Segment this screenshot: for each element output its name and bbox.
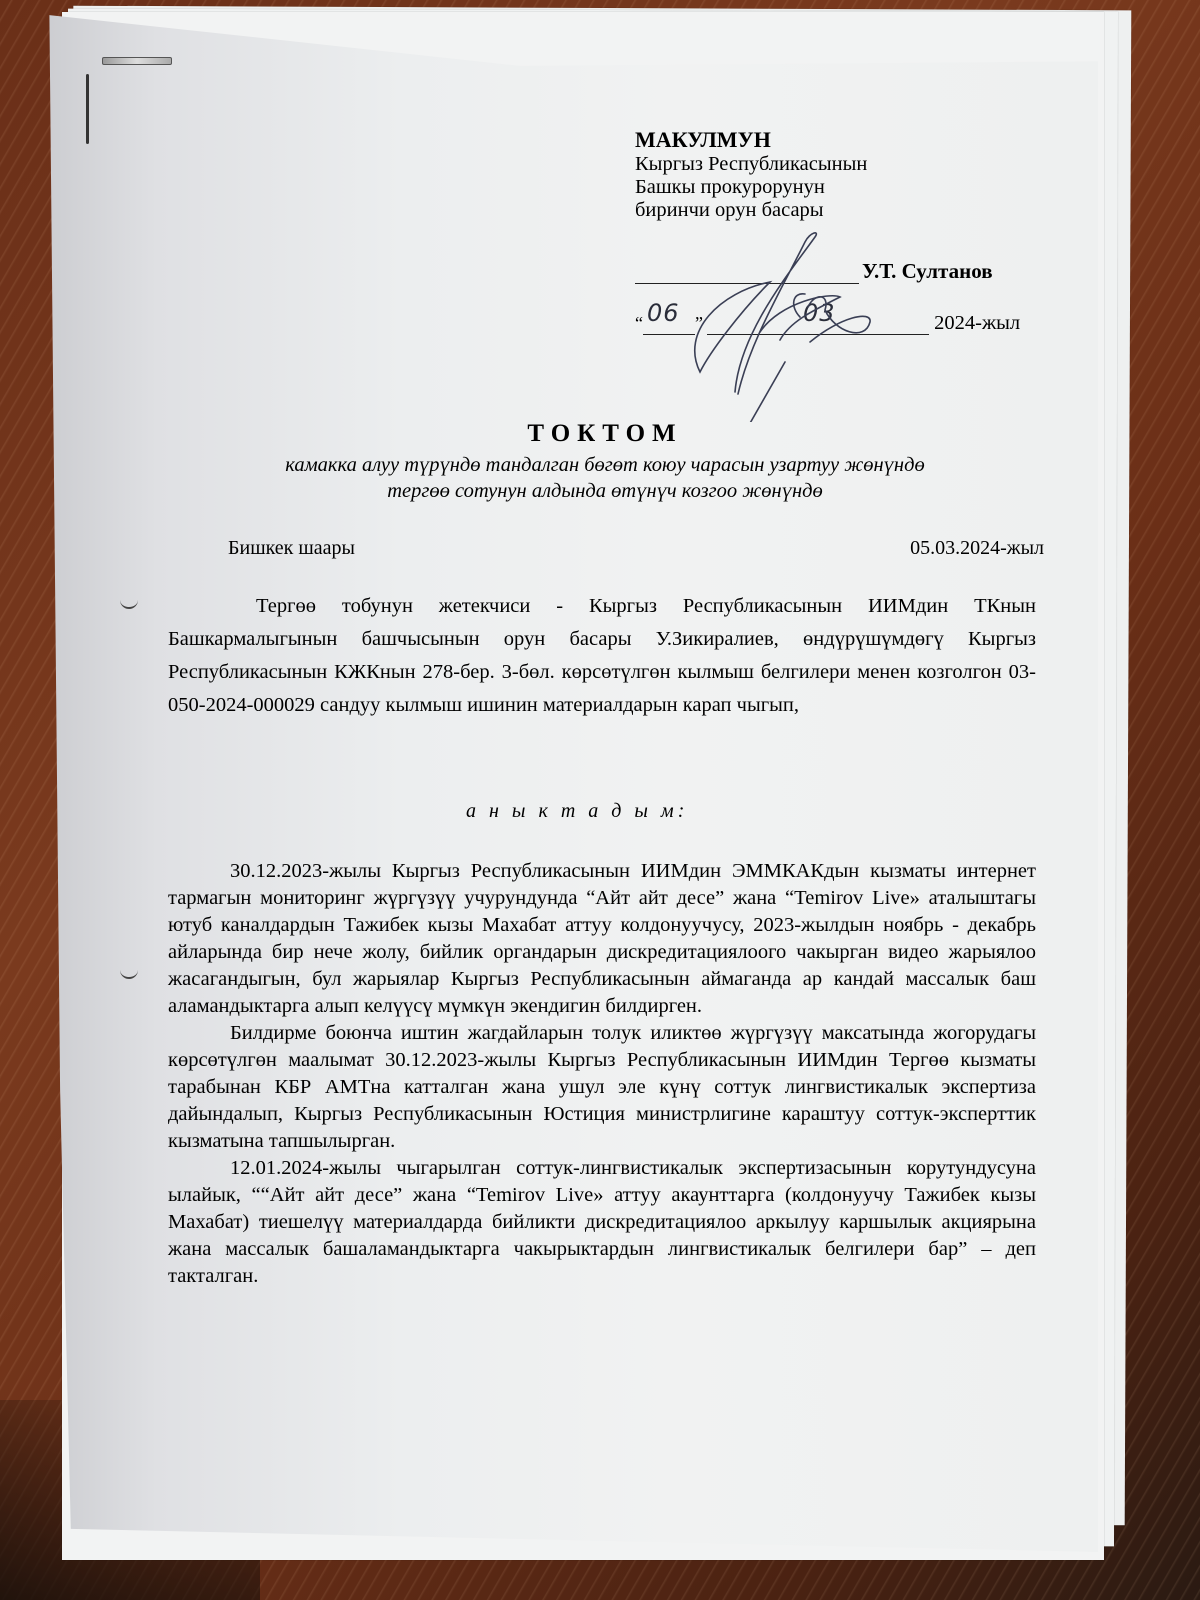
paragraph: 30.12.2023-жылы Кыргыз Республикасынын И…: [168, 858, 1036, 1020]
document-heading: ТОКТОМ камакка алуу түрүндө тандалган бө…: [160, 420, 1050, 504]
approval-date: “06”03 2024-жыл: [635, 312, 1055, 342]
quote-mark: “: [635, 313, 643, 333]
staple-icon: [86, 74, 89, 144]
paragraph: 12.01.2024-жылы чыгарылган соттук-лингви…: [168, 1155, 1036, 1290]
place-date-row: Бишкек шаары 05.03.2024-жыл: [228, 537, 1044, 560]
document-place: Бишкек шаары: [228, 537, 355, 560]
signature-line: [635, 263, 859, 284]
month-field: 03: [707, 312, 929, 335]
approval-line: биринчи орун басары: [635, 199, 1055, 222]
document-subtitle: камакка алуу түрүндө тандалган бөгөт кою…: [160, 452, 1050, 478]
approval-line: Кыргыз Республикасынын: [635, 153, 1055, 176]
intro-paragraph: Тергөө тобунун жетекчиси - Кыргыз Респуб…: [168, 590, 1036, 722]
signer-name: У.Т. Султанов: [862, 259, 993, 283]
handwritten-month: 03: [803, 302, 836, 325]
document-title: ТОКТОМ: [160, 420, 1050, 448]
approval-block: МАКУЛМУН Кыргыз Республикасынын Башкы пр…: [635, 128, 1055, 342]
document-date: 05.03.2024-жыл: [910, 537, 1044, 560]
approval-line: Башкы прокурорунун: [635, 176, 1055, 199]
approval-heading: МАКУЛМУН: [635, 128, 1055, 151]
intro-text: Тергөө тобунун жетекчиси - Кыргыз Респуб…: [168, 590, 1036, 722]
decree-heading: а н ы к т а д ы м:: [466, 800, 688, 823]
punch-hole-icon: [120, 597, 138, 609]
signature-row: У.Т. Султанов: [635, 260, 1055, 288]
paragraph: Билдирме боюнча иштин жагдайларын толук …: [168, 1020, 1036, 1155]
handwritten-day: 06: [647, 302, 680, 325]
day-field: 06: [643, 312, 695, 335]
findings-section: 30.12.2023-жылы Кыргыз Республикасынын И…: [168, 858, 1036, 1290]
quote-mark: ”: [695, 313, 703, 333]
punch-hole-icon: [120, 967, 138, 979]
document-subtitle: тергөө сотунун алдында өтүнүч козгоо жөн…: [160, 478, 1050, 504]
staple-icon: [102, 57, 172, 65]
approval-year: 2024-жыл: [934, 312, 1020, 334]
